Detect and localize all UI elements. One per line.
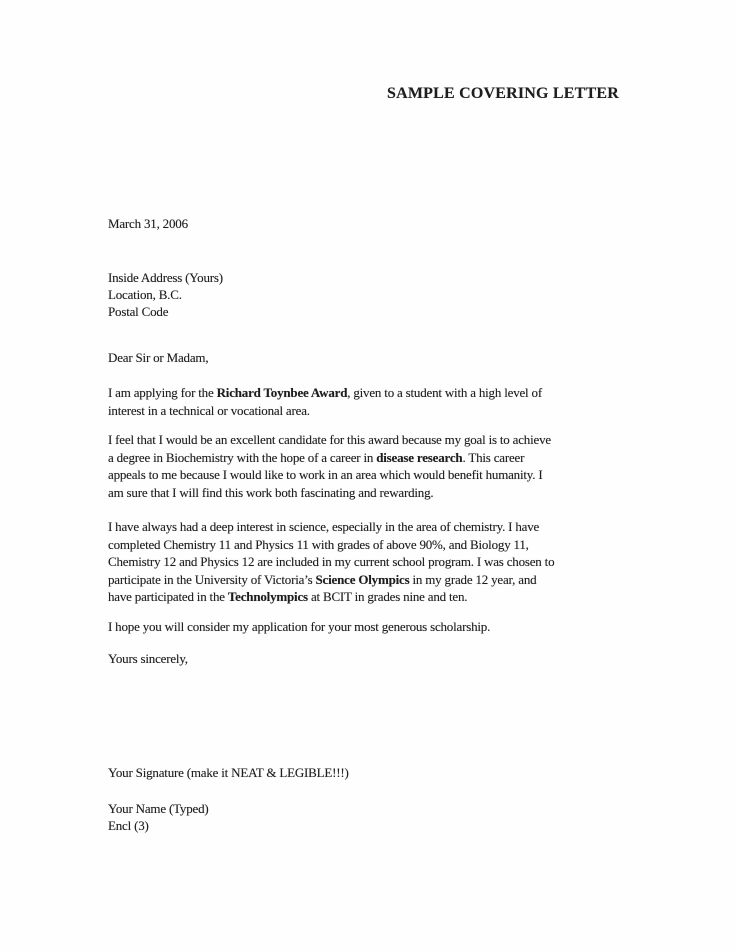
- date-line: March 31, 2006: [108, 215, 188, 233]
- text-line: I feel that I would be an excellent cand…: [108, 431, 551, 449]
- text-line: am sure that I will find this work both …: [108, 484, 551, 502]
- text-line: completed Chemistry 11 and Physics 11 wi…: [108, 536, 554, 554]
- paragraph-applying: I am applying for the Richard Toynbee Aw…: [108, 384, 542, 419]
- signoff: Yours sincerely,: [108, 650, 188, 668]
- text-line: Chemistry 12 and Physics 12 are included…: [108, 553, 554, 571]
- paragraph-closing: I hope you will consider my application …: [108, 618, 490, 636]
- signature-note: Your Signature (make it NEAT & LEGIBLE!!…: [108, 764, 349, 782]
- letter-page: SAMPLE COVERING LETTER March 31, 2006 In…: [0, 0, 735, 952]
- paragraph-interests: I have always had a deep interest in sci…: [108, 518, 554, 606]
- text-line: I have always had a deep interest in sci…: [108, 518, 554, 536]
- letter-title: SAMPLE COVERING LETTER: [387, 85, 619, 103]
- text-line: Location, B.C.: [108, 286, 223, 303]
- text-line: participate in the University of Victori…: [108, 571, 554, 589]
- typed-name: Your Name (Typed): [108, 800, 209, 818]
- enclosure-note: Encl (3): [108, 817, 149, 835]
- salutation: Dear Sir or Madam,: [108, 349, 208, 367]
- inside-address: Inside Address (Yours)Location, B.C.Post…: [108, 269, 223, 320]
- text-line: Postal Code: [108, 303, 223, 320]
- text-line: a degree in Biochemistry with the hope o…: [108, 449, 551, 467]
- text-line: Inside Address (Yours): [108, 269, 223, 286]
- paragraph-candidate: I feel that I would be an excellent cand…: [108, 431, 551, 501]
- text-line: I am applying for the Richard Toynbee Aw…: [108, 384, 542, 402]
- text-line: interest in a technical or vocational ar…: [108, 402, 542, 420]
- text-line: appeals to me because I would like to wo…: [108, 466, 551, 484]
- text-line: have participated in the Technolympics a…: [108, 588, 554, 606]
- text-line: I hope you will consider my application …: [108, 618, 490, 636]
